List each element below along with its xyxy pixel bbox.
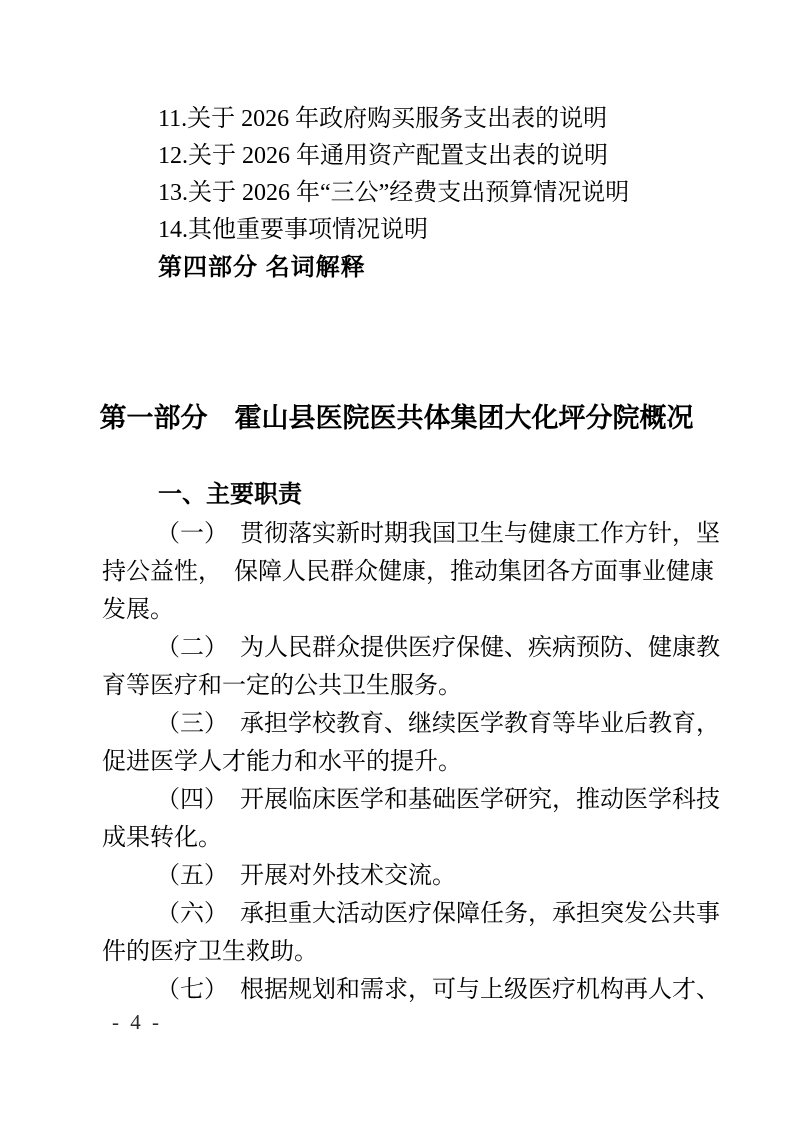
- toc-item-12: 12.关于 2026 年通用资产配置支出表的说明: [158, 138, 629, 175]
- page-number: - 4 -: [112, 1008, 162, 1036]
- part1-chapter-heading: 第一部分 霍山县医院医共体集团大化坪分院概况: [0, 402, 793, 434]
- toc-item-13: 13.关于 2026 年“三公”经费支出预算情况说明: [158, 175, 629, 212]
- paragraph-line: 成果转化。: [102, 819, 702, 857]
- paragraph-line: 育等医疗和一定的公共卫生服务。: [102, 667, 702, 705]
- paragraph-line: （三） 承担学校教育、继续医学教育等毕业后教育，: [102, 705, 702, 743]
- body-paragraphs: （一） 贯彻落实新时期我国卫生与健康工作方针，坚 持公益性， 保障人民群众健康，…: [102, 515, 702, 1009]
- paragraph-line: （五） 开展对外技术交流。: [102, 857, 702, 895]
- paragraph-line: 发展。: [102, 591, 702, 629]
- paragraph-line: （二） 为人民群众提供医疗保健、疾病预防、健康教: [102, 629, 702, 667]
- paragraph-line: （一） 贯彻落实新时期我国卫生与健康工作方针，坚: [102, 515, 702, 553]
- paragraph-line: 持公益性， 保障人民群众健康，推动集团各方面事业健康: [102, 553, 702, 591]
- paragraph-line: （四） 开展临床医学和基础医学研究，推动医学科技: [102, 781, 702, 819]
- paragraph-line: 促进医学人才能力和水平的提升。: [102, 743, 702, 781]
- toc-item-14: 14.其他重要事项情况说明: [158, 212, 629, 249]
- paragraph-line: 件的医疗卫生救助。: [102, 933, 702, 971]
- document-page: 11.关于 2026 年政府购买服务支出表的说明 12.关于 2026 年通用资…: [0, 0, 793, 1122]
- toc-item-11: 11.关于 2026 年政府购买服务支出表的说明: [158, 101, 629, 138]
- part4-heading: 第四部分 名词解释: [158, 249, 629, 286]
- paragraph-line: （六） 承担重大活动医疗保障任务，承担突发公共事: [102, 895, 702, 933]
- table-of-contents: 11.关于 2026 年政府购买服务支出表的说明 12.关于 2026 年通用资…: [158, 101, 629, 286]
- section-title-main-duties: 一、主要职责: [158, 481, 302, 509]
- paragraph-line: （七） 根据规划和需求，可与上级医疗机构再人才、: [102, 971, 702, 1009]
